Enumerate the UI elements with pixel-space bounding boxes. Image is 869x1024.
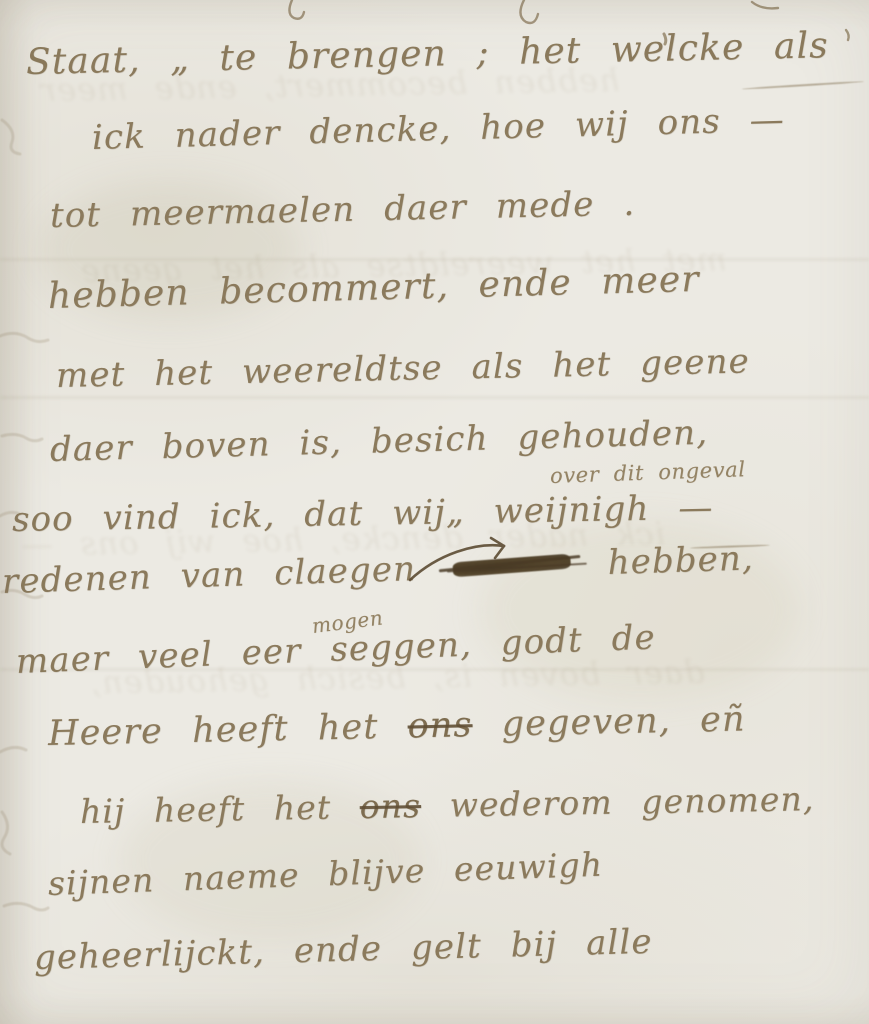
line-text: maer veel eer [15, 630, 331, 682]
manuscript-line: Staat, „ te brengen ; het welcke als [26, 25, 830, 83]
line-text: soo vind ick, dat wij„ weijnigh — [12, 488, 714, 540]
line-text: ick nader dencke, hoe wij ons — [91, 100, 785, 158]
manuscript-line: sijnen naeme blijve eeuwigh [47, 845, 603, 903]
line-text: hebben becommert, ende meer [47, 259, 700, 317]
struck-word: ons [359, 786, 421, 826]
manuscript-line: hebben becommert, ende meer [47, 259, 700, 317]
interlinear-insertion: over dit ongeval [550, 457, 746, 488]
line-text: Staat, „ te brengen ; het welcke als [26, 25, 830, 83]
manuscript-line: hij heeft het ons wederom genomen, [80, 779, 815, 831]
manuscript-line: ick nader dencke, hoe wij ons — [91, 100, 785, 158]
manuscript-line: geheerlijckt, ende gelt bij alle [33, 922, 653, 978]
line-text: hebben, [578, 538, 754, 583]
struck-word: ons [407, 705, 473, 746]
line-text: hij heeft het [80, 787, 360, 831]
manuscript-page: hebben becommert, ende meer met het weer… [0, 0, 869, 1024]
pen-flourish [742, 81, 864, 90]
line-text: redenen van claegen [1, 548, 445, 602]
word-with-insertion-above: seggen [330, 625, 461, 670]
line-text: met het weereldtse als het geene [56, 341, 751, 396]
line-text: sijnen naeme blijve eeuwigh [47, 845, 603, 903]
line-text: Heere heeft het [48, 706, 408, 754]
line-text: wederom genomen, [421, 779, 815, 825]
manuscript-line: redenen van claegen hebben, [1, 538, 754, 602]
inked-out-word [452, 553, 571, 577]
manuscript-line: met het weereldtse als het geene [56, 341, 751, 396]
line-text: , godt de [459, 617, 656, 664]
line-text: tot meermaelen daer mede . [50, 184, 636, 236]
manuscript-line: Heere heeft het ons gegeven, eñ [48, 699, 746, 754]
line-text: gegeven, eñ [472, 699, 746, 745]
manuscript-line: soo vind ick, dat wij„ weijnigh — [12, 488, 714, 540]
paper-crease [0, 396, 869, 399]
manuscript-line: tot meermaelen daer mede . [50, 184, 636, 236]
line-text: geheerlijckt, ende gelt bij alle [33, 922, 653, 978]
paper-crease [0, 258, 869, 261]
